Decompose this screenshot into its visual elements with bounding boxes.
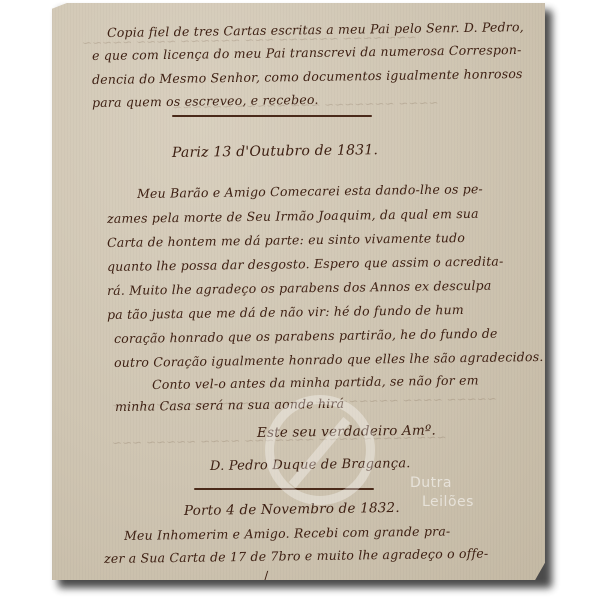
watermark-text-dutra: Dutra (410, 475, 452, 491)
letter1-body-line: zames pela morte de Seu Irmão Joaquim, d… (107, 206, 479, 226)
separator-rule (172, 115, 372, 117)
letter1-body-line: Carta de hontem me dá parte: eu sinto vi… (107, 230, 465, 250)
letter1-body-line: Conto vel-o antes da minha partida, se n… (152, 372, 479, 392)
letter1-body-line: pa tão justa que me dá de não vir: hé do… (107, 302, 464, 322)
header-note-line: para quem os escreveo, e recebeo. (92, 92, 319, 110)
header-note-line: Copia fiel de tres Cartas escritas a meu… (107, 19, 524, 40)
letter1-body-line: rá. Muito lhe agradeço os parabens dos A… (107, 278, 492, 298)
letter2-body-line: zer a Sua Carta de 17 de 7bro e muito lh… (104, 546, 489, 566)
letter1-body-line: Meu Barão e Amigo Comecarei esta dando-l… (137, 181, 483, 201)
letter2-body-line: Meu Inhomerim e Amigo. Recebi com grande… (124, 523, 451, 543)
letter2-dateline: Porto 4 de Novembro de 1832. (184, 500, 400, 519)
letter1-body-line: outro Coração igualmente honrado que ell… (114, 349, 544, 370)
header-note-line: dencia do Mesmo Senhor, como documentos … (92, 66, 523, 87)
letter1-body-line: quanto lhe possa dar desgosto. Espero qu… (107, 253, 504, 274)
letter1-dateline: Pariz 13 d'Outubro de 1831. (172, 142, 378, 161)
watermark-text-leiloes: Leilões (422, 494, 474, 510)
letter1-body-line: coração honrado que os parabens partirão… (114, 326, 498, 346)
